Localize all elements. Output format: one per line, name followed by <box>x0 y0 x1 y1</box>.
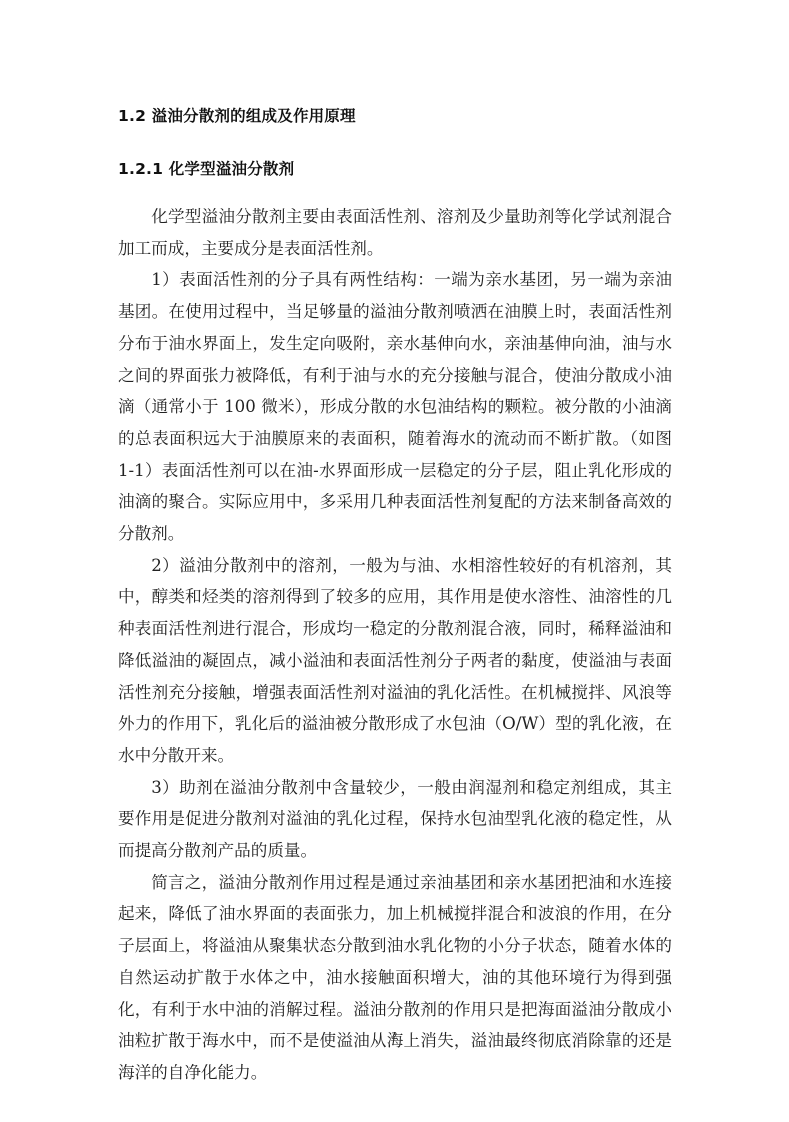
paragraph-additive: 3）助剂在溢油分散剂中含量较少，一般由润湿剂和稳定剂组成，其主要作用是促进分散剂… <box>118 772 672 867</box>
paragraph-solvent: 2）溢油分散剂中的溶剂，一般为与油、水相溶性较好的有机溶剂，其中，醇类和烃类的溶… <box>118 550 672 772</box>
section-heading: 1.2 溢油分散剂的组成及作用原理 <box>118 104 672 128</box>
page-number: 2 <box>0 1030 789 1042</box>
document-page: 1.2 溢油分散剂的组成及作用原理 1.2.1 化学型溢油分散剂 化学型溢油分散… <box>0 0 789 1122</box>
subsection-heading: 1.2.1 化学型溢油分散剂 <box>118 157 672 181</box>
paragraph-intro: 化学型溢油分散剂主要由表面活性剂、溶剂及少量助剂等化学试剂混合加工而成，主要成分… <box>118 201 672 264</box>
paragraph-surfactant: 1）表面活性剂的分子具有两性结构：一端为亲水基团，另一端为亲油基团。在使用过程中… <box>118 264 672 549</box>
page-content: 1.2 溢油分散剂的组成及作用原理 1.2.1 化学型溢油分散剂 化学型溢油分散… <box>118 104 672 1089</box>
paragraph-summary: 简言之，溢油分散剂作用过程是通过亲油基团和亲水基团把油和水连接起来，降低了油水界… <box>118 867 672 1089</box>
